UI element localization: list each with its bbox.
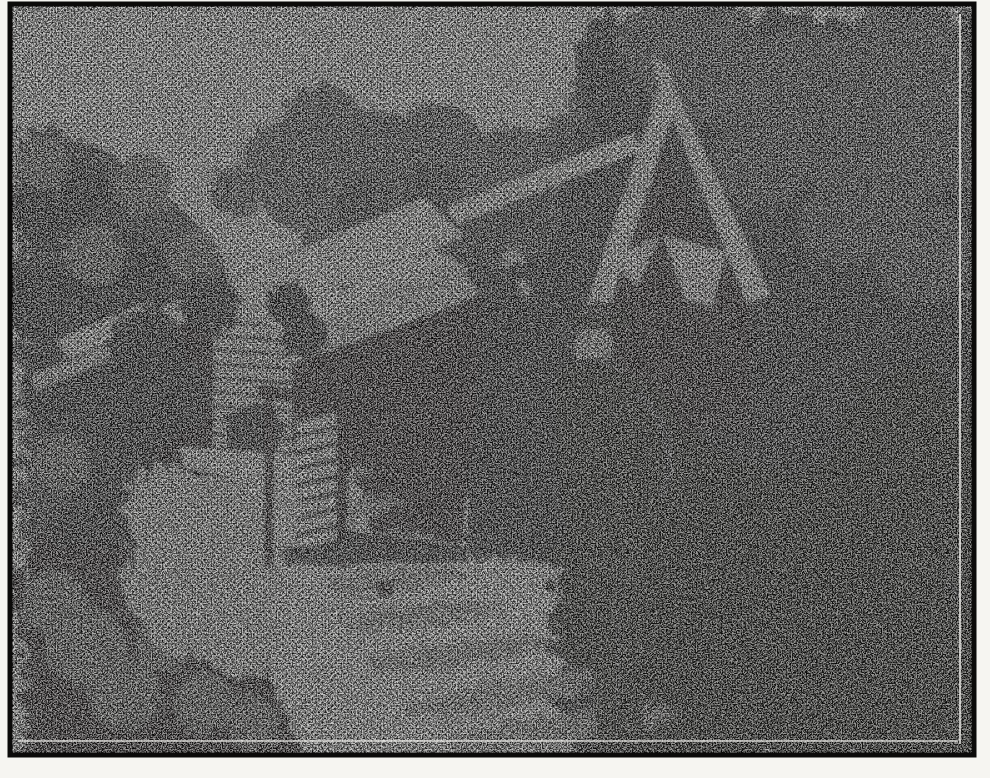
newspaper-photograph: [0, 0, 990, 778]
halftone-screen-overlay: [12, 6, 972, 753]
photo-canvas: [0, 0, 990, 778]
texture-overlays: [12, 6, 972, 753]
